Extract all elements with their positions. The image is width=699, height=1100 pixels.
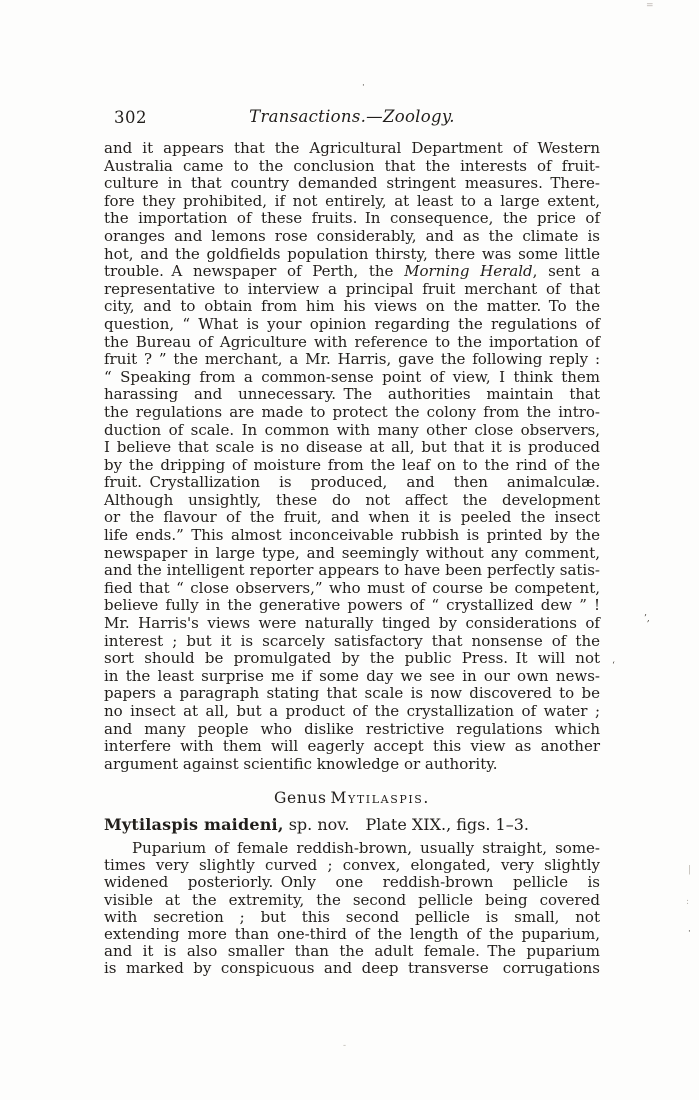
- text-line: and it is also smaller than the adult fe…: [104, 943, 600, 960]
- text-line: argument against scientific knowledge or…: [104, 756, 600, 774]
- text-line: widened posteriorly. Only one reddish-br…: [104, 874, 600, 891]
- text-line: harassing and unnecessary. The authoriti…: [104, 386, 600, 404]
- text-line: trouble. A newspaper of Perth, the Morni…: [104, 263, 600, 281]
- text-line: with secretion ; but this second pellicl…: [104, 909, 600, 926]
- text-line: papers a paragraph stating that scale is…: [104, 685, 600, 703]
- text-line: fore they prohibited, if not entirely, a…: [104, 193, 600, 211]
- text-line: or the flavour of the fruit, and when it…: [104, 509, 600, 527]
- text-line: is marked by conspicuous and deep transv…: [104, 960, 600, 977]
- scan-speck: |: [688, 866, 691, 875]
- scan-speck: ’,: [644, 615, 650, 624]
- genus-heading-prefix: Genus: [274, 789, 326, 807]
- text-line: in the least surprise me if some day we …: [104, 668, 600, 686]
- scan-speck: ‐: [343, 1042, 346, 1051]
- text-line: fied that “ close observers,” who must o…: [104, 580, 600, 598]
- plate-reference: Plate XIX., figs. 1–3.: [365, 815, 529, 834]
- paragraph-puparium-description: Puparium of female reddish-brown, usuall…: [104, 840, 600, 978]
- text-line: life ends.” This almost inconceivable ru…: [104, 527, 600, 545]
- text-line: I believe that scale is no disease at al…: [104, 439, 600, 457]
- text-line: extending more than one-third of the len…: [104, 926, 600, 943]
- scan-speck: =: [646, 2, 654, 11]
- text-line: believe fully in the generative powers o…: [104, 597, 600, 615]
- text-line: culture in that country demanded stringe…: [104, 175, 600, 193]
- genus-heading-name: Mytilaspis.: [331, 789, 430, 807]
- text-line: Puparium of female reddish-brown, usuall…: [104, 840, 600, 857]
- text-line: and the intelligent reporter appears to …: [104, 562, 600, 580]
- paragraph-fruit-regulations: and it appears that the Agricultural Dep…: [104, 140, 600, 773]
- text-line: duction of scale. In common with many ot…: [104, 422, 600, 440]
- text-line: and it appears that the Agricultural Dep…: [104, 140, 600, 158]
- scanned-book-page: 302 Transactions.—Zoology. and it appear…: [0, 0, 699, 1100]
- text-line: the Bureau of Agriculture with reference…: [104, 334, 600, 352]
- text-line: times very slightly curved ; convex, elo…: [104, 857, 600, 874]
- text-line: fruit ? ” the merchant, a Mr. Harris, ga…: [104, 351, 600, 369]
- scan-speck: ·: [688, 928, 691, 937]
- text-line: representative to interview a principal …: [104, 281, 600, 299]
- text-line: no insect at all, but a product of the c…: [104, 703, 600, 721]
- text-line: Australia came to the conclusion that th…: [104, 158, 600, 176]
- text-line: interfere with them will eagerly accept …: [104, 738, 600, 756]
- text-line: “ Speaking from a common-sense point of …: [104, 369, 600, 387]
- text-line: fruit. Crystallization is produced, and …: [104, 474, 600, 492]
- text-line: the importation of these fruits. In cons…: [104, 210, 600, 228]
- text-line: newspaper in large type, and seemingly w…: [104, 545, 600, 563]
- text-line: the regulations are made to protect the …: [104, 404, 600, 422]
- running-title: Transactions.—Zoology.: [104, 107, 600, 126]
- page-header: 302 Transactions.—Zoology.: [104, 107, 600, 131]
- scan-speck: ·: [362, 82, 365, 91]
- text-line: sort should be promulgated by the public…: [104, 650, 600, 668]
- species-heading: Mytilaspis maideni, sp. nov.Plate XIX., …: [104, 815, 600, 834]
- text-line: by the dripping of moisture from the lea…: [104, 457, 600, 475]
- text-line: oranges and lemons rose considerably, an…: [104, 228, 600, 246]
- scan-speck: ‘: [612, 662, 615, 671]
- species-name: Mytilaspis maideni,: [104, 815, 284, 834]
- scan-speck: :: [686, 898, 689, 907]
- text-line: Mr. Harris's views were naturally tinged…: [104, 615, 600, 633]
- text-line: interest ; but it is scarcely satisfacto…: [104, 633, 600, 651]
- text-line: and many people who dislike restrictive …: [104, 721, 600, 739]
- genus-heading: GenusMytilaspis.: [104, 789, 600, 807]
- species-rank: sp. nov.: [284, 815, 350, 834]
- text-line: visible at the extremity, the second pel…: [104, 892, 600, 909]
- text-line: Although unsightly, these do not affect …: [104, 492, 600, 510]
- text-line: hot, and the goldfields population thirs…: [104, 246, 600, 264]
- text-line: city, and to obtain from him his views o…: [104, 298, 600, 316]
- text-line: question, “ What is your opinion regardi…: [104, 316, 600, 334]
